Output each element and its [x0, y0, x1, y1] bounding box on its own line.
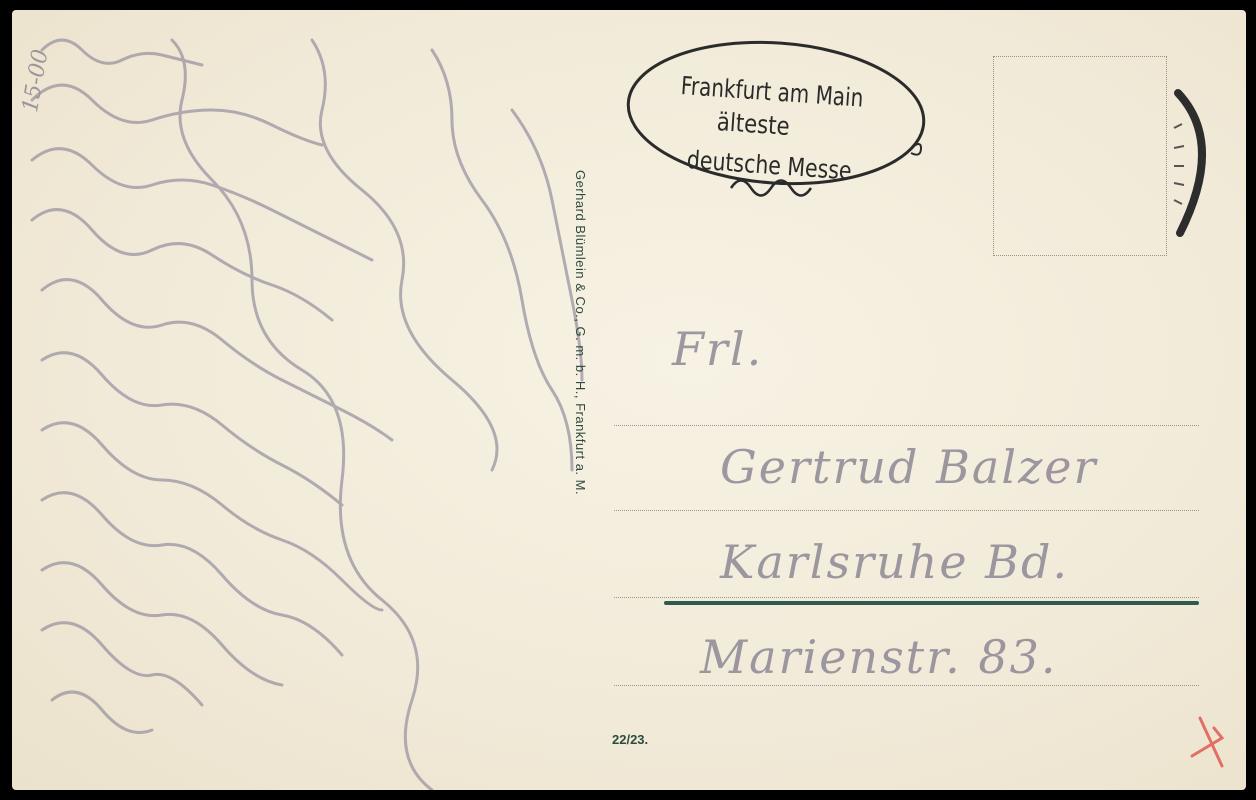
address-line-2	[614, 510, 1199, 511]
address-line-4	[614, 685, 1199, 686]
address-street: Marienstr. 83.	[700, 630, 1058, 684]
green-underline	[664, 601, 1199, 605]
stamp-placeholder-box	[993, 56, 1167, 256]
postmark-line-2: älteste	[716, 107, 791, 141]
red-cross-mark-icon	[1186, 710, 1236, 770]
postmark: Frankfurt am Main älteste deutsche Messe	[626, 33, 926, 203]
address-line-3	[614, 597, 1199, 598]
publisher-imprint: Gerhard Blümlein & Co., G. m. b. H., Fra…	[573, 170, 588, 495]
address-salutation: Frl.	[672, 322, 763, 376]
address-name: Gertrud Balzer	[720, 440, 1098, 494]
handwritten-message	[12, 10, 612, 790]
address-line-1	[614, 425, 1199, 426]
address-city: Karlsruhe Bd.	[720, 535, 1069, 589]
card-number: 22/23.	[612, 732, 648, 747]
cancellation-arc-icon	[1170, 88, 1230, 238]
